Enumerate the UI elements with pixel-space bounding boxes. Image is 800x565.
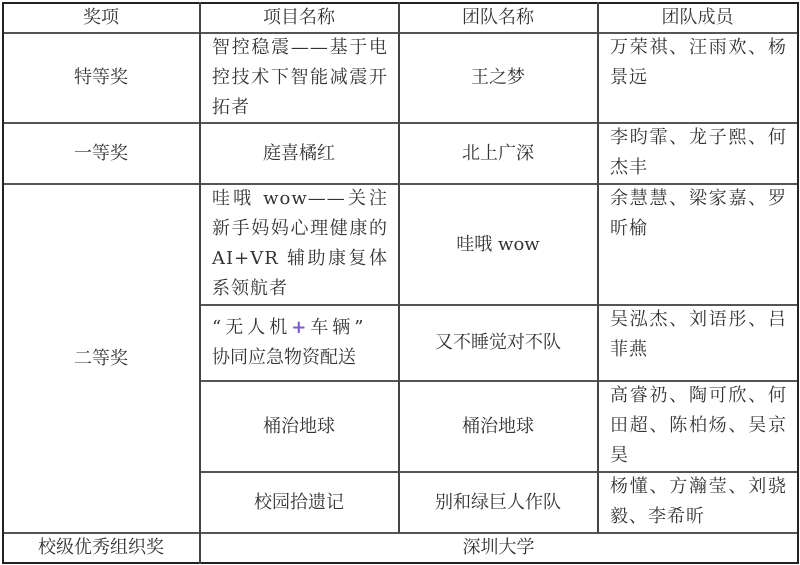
grid-line: [2, 122, 799, 124]
grid-line: [2, 32, 799, 34]
project-name-cell: “无人机+车辆” 协同应急物资配送: [200, 305, 398, 381]
project-title-part2: 车辆”: [310, 317, 367, 338]
grid-line: [597, 2, 599, 533]
project-name-cell: 庭喜橘红: [200, 123, 398, 184]
grid-line: [200, 304, 799, 306]
grid-line: [2, 2, 4, 564]
team-members-cell: 吴泓杰、刘语彤、吕菲燕: [598, 305, 797, 381]
plus-icon: +: [291, 317, 310, 338]
team-members-cell: 李昀霏、龙子熙、何杰丰: [598, 123, 797, 184]
award-cell: 一等奖: [2, 123, 200, 184]
header-award: 奖项: [2, 2, 200, 33]
grid-line: [2, 183, 799, 185]
project-name-cell: 桶治地球: [200, 381, 398, 472]
team-name-cell: 别和绿巨人作队: [398, 472, 598, 533]
project-title-part1: “无人机: [212, 317, 291, 338]
grid-line: [200, 471, 799, 473]
team-members-cell: 万荣祺、汪雨欢、杨景远: [598, 33, 797, 123]
team-name-cell: 桶治地球: [398, 381, 598, 472]
award-cell: 校级优秀组织奖: [2, 533, 200, 563]
grid-line: [2, 562, 799, 564]
team-name-cell: 又不睡觉对不队: [398, 305, 598, 381]
grid-line: [200, 380, 799, 382]
grid-line: [199, 2, 201, 564]
project-name-cell: 哇哦 wow——关注新手妈妈心理健康的AI+VR 辅助康复体系领航者: [200, 184, 398, 305]
project-title-line2: 协同应急物资配送: [212, 343, 390, 373]
team-name-cell: 王之梦: [398, 33, 598, 123]
awards-table: 奖项 项目名称 团队名称 团队成员 特等奖 智控稳震——基于电控技术下智能减震开…: [2, 2, 797, 563]
header-team-name: 团队名称: [398, 2, 598, 33]
team-members-cell: 高睿礽、陶可欣、何田超、陈柏炀、吴京昊: [598, 381, 797, 472]
team-members-cell: 杨懂、方瀚莹、刘骁毅、李希昕: [598, 472, 797, 533]
grid-line: [398, 2, 400, 533]
header-project-name: 项目名称: [200, 2, 398, 33]
team-name-cell: 哇哦 wow: [398, 184, 598, 305]
team-name-cell: 北上广深: [398, 123, 598, 184]
project-name-cell: 校园拾遗记: [200, 472, 398, 533]
merged-value-cell: 深圳大学: [200, 533, 797, 563]
project-name-cell: 智控稳震——基于电控技术下智能减震开拓者: [200, 33, 398, 123]
team-members-cell: 余慧慧、梁家嘉、罗昕榆: [598, 184, 797, 305]
header-team-members: 团队成员: [598, 2, 797, 33]
grid-line: [797, 2, 799, 564]
grid-line: [2, 532, 799, 534]
award-cell-merged: 二等奖: [2, 184, 200, 533]
award-cell: 特等奖: [2, 33, 200, 123]
grid-line: [2, 2, 799, 4]
